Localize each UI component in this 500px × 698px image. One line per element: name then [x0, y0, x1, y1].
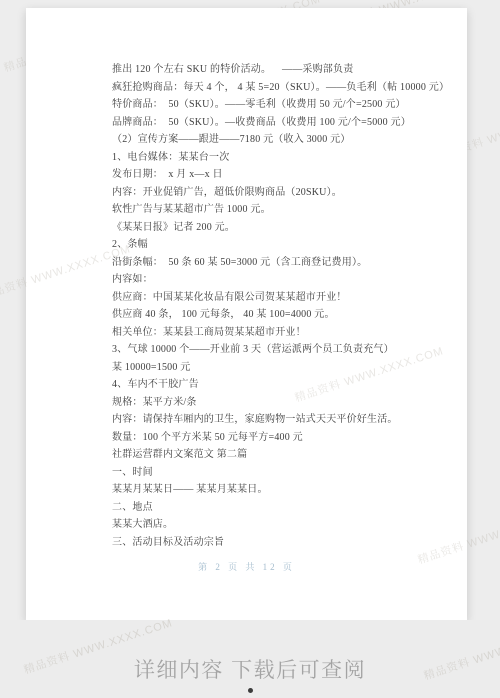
doc-line: 推出 120 个左右 SKU 的特价活动。 ——采购部负责	[112, 61, 461, 79]
doc-line: 软性广告与某某超市广告 1000 元。	[112, 201, 461, 219]
doc-line: 内容如：	[112, 271, 461, 289]
doc-line: 4、车内不干胶广告	[112, 376, 461, 394]
doc-line: 供应商 40 条， 100 元每条， 40 某 100=4000 元。	[112, 306, 461, 324]
doc-line: 《某某日报》记者 200 元。	[112, 219, 461, 237]
doc-line: 某某月某某日—— 某某月某某日。	[112, 481, 461, 499]
document-body: 推出 120 个左右 SKU 的特价活动。 ——采购部负责 疯狂抢购商品：每天 …	[112, 61, 461, 551]
doc-line: 2、条幅	[112, 236, 461, 254]
doc-line: 某某大酒店。	[112, 516, 461, 534]
doc-line: 数量：100 个平方米某 50 元每平方=400 元	[112, 429, 461, 447]
doc-line: 三、活动目标及活动宗旨	[112, 534, 461, 552]
doc-line: 特价商品： 50（SKU）。——零毛利（收费用 50 元/个=2500 元）	[112, 96, 461, 114]
doc-line: 发布日期： x 月 x—x 日	[112, 166, 461, 184]
doc-line: 供应商：中国某某化妆品有限公司贺某某超市开业！	[112, 289, 461, 307]
download-prompt-label[interactable]: 详细内容 下载后可查阅	[0, 654, 500, 684]
doc-line: 1、电台媒体：某某台一次	[112, 149, 461, 167]
doc-line: 疯狂抢购商品：每天 4 个， 4 某 5=20（SKU）。——负毛利（帖 100…	[112, 79, 461, 97]
document-page: 推出 120 个左右 SKU 的特价活动。 ——采购部负责 疯狂抢购商品：每天 …	[26, 8, 467, 620]
doc-line: 社群运营群内文案范文 第二篇	[112, 446, 461, 464]
doc-line: 相关单位：某某县工商局贺某某超市开业！	[112, 324, 461, 342]
doc-line: 内容：请保持车厢内的卫生，家庭购物一站式天天平价好生活。	[112, 411, 461, 429]
page-indicator-dot[interactable]	[248, 688, 253, 693]
doc-line: （2）宣传方案——跟进——7180 元（收入 3000 元）	[112, 131, 461, 149]
doc-line: 沿街条幅： 50 条 60 某 50=3000 元（含工商登记费用）。	[112, 254, 461, 272]
doc-line: 内容：开业促销广告，超低价限购商品（20SKU）。	[112, 184, 461, 202]
page-number: 第 2 页 共 12 页	[26, 560, 467, 573]
doc-line: 二、地点	[112, 499, 461, 517]
download-prompt-bar[interactable]: 详细内容 下载后可查阅	[0, 620, 500, 698]
doc-line: 品牌商品： 50（SKU）。—收费商品（收费用 100 元/个=5000 元）	[112, 114, 461, 132]
doc-line: 3、气球 10000 个——开业前 3 天（营运派两个员工负责充气）	[112, 341, 461, 359]
doc-line: 一、时间	[112, 464, 461, 482]
doc-line: 规格：某平方米/条	[112, 394, 461, 412]
doc-line: 某 10000=1500 元	[112, 359, 461, 377]
